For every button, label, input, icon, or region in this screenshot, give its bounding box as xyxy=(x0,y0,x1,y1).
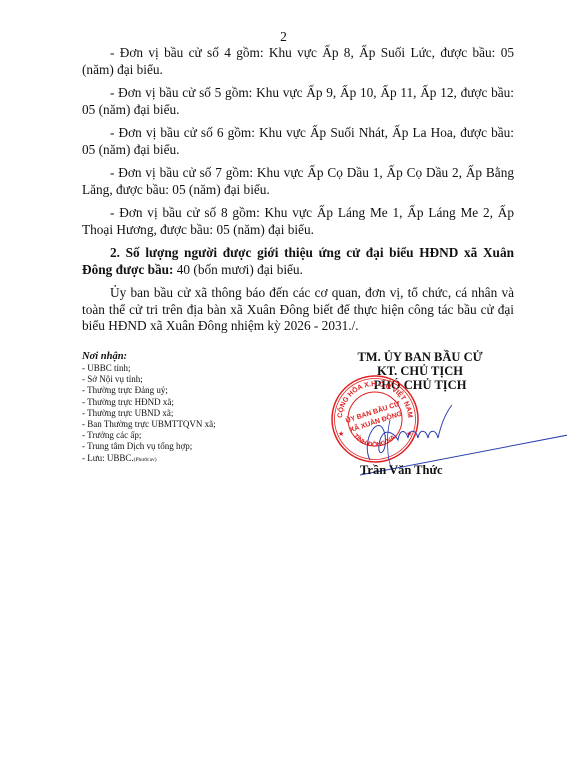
closing-paragraph: Ủy ban bầu cử xã thông báo đến các cơ qu… xyxy=(82,285,514,335)
paragraph-unit-8: - Đơn vị bầu cử số 8 gồm: Khu vực Ấp Lán… xyxy=(82,205,514,238)
paragraph-unit-4: - Đơn vị bầu cử số 4 gồm: Khu vực Ấp 8, … xyxy=(82,45,514,78)
recipient-item: - Trung tâm Dịch vụ tổng hợp; xyxy=(82,441,216,452)
recipient-item: - UBBC tỉnh; xyxy=(82,363,216,374)
paragraph-unit-5: - Đơn vị bầu cử số 5 gồm: Khu vực Ấp 9, … xyxy=(82,85,514,118)
archive-initials: (Phướcav) xyxy=(134,457,157,463)
recipients-heading: Nơi nhận: xyxy=(82,351,216,363)
recipient-item: - Trưởng các ấp; xyxy=(82,430,216,441)
recipient-item: - Thường trực UBND xã; xyxy=(82,408,216,419)
paragraph-unit-6: - Đơn vị bầu cử số 6 gồm: Khu vực Ấp Suố… xyxy=(82,125,514,158)
recipient-item: - Ban Thường trực UBMTTQVN xã; xyxy=(82,419,216,430)
section-2-value: 40 (bốn mươi) đại biểu. xyxy=(173,262,302,277)
document-body: - Đơn vị bầu cử số 4 gồm: Khu vực Ấp 8, … xyxy=(82,45,514,342)
recipient-item: - Sở Nội vụ tỉnh; xyxy=(82,374,216,385)
signer-name: Trần Văn Thức xyxy=(360,463,443,478)
paragraph-unit-7: - Đơn vị bầu cử số 7 gồm: Khu vực Ấp Cọ … xyxy=(82,165,514,198)
section-2-paragraph: 2. Số lượng người được giới thiệu ứng cử… xyxy=(82,245,514,278)
recipient-item: - Thường trực HĐND xã; xyxy=(82,397,216,408)
signature-title-1: TM. ỦY BAN BẦU CỬ xyxy=(320,350,520,364)
page-number: 2 xyxy=(0,29,567,45)
recipient-item: - Thường trực Đảng uỷ; xyxy=(82,385,216,396)
recipients-block: Nơi nhận: - UBBC tỉnh; - Sở Nội vụ tỉnh;… xyxy=(82,351,216,466)
recipient-item-archive: - Lưu: UBBC.(Phướcav) xyxy=(82,453,216,466)
